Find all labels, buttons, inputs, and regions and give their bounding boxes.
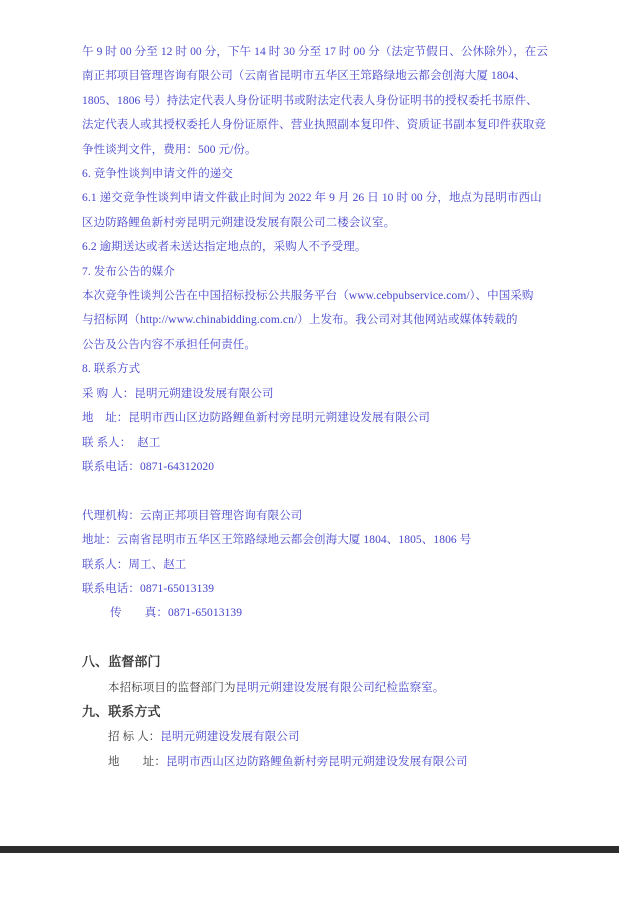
blank-line — [82, 626, 554, 650]
document-line: 争性谈判文件，费用：500 元/份。 — [82, 138, 554, 162]
document-line: 传 真：0871-65013139 — [82, 601, 554, 625]
page-separator-bar — [0, 846, 619, 853]
text-segment: 联系电话：0871-64312020 — [82, 461, 214, 473]
text-segment: 本招标项目的监督部门为 — [108, 682, 236, 694]
document-line: 公告及公告内容不承担任何责任。 — [82, 333, 554, 357]
document-line: 代理机构：云南正邦项目管理咨询有限公司 — [82, 504, 554, 528]
text-segment: 地 址：昆明市西山区边防路鲤鱼新村旁昆明元朔建设发展有限公司 — [82, 412, 430, 424]
document-line: 地 址：昆明市西山区边防路鲤鱼新村旁昆明元朔建设发展有限公司 — [82, 750, 554, 774]
text-segment: 公告及公告内容不承担任何责任。 — [82, 339, 256, 351]
document-line: 本次竞争性谈判公告在中国招标投标公共服务平台（www.cebpubservice… — [82, 284, 554, 308]
text-segment: 1805、1806 号）持法定代表人身份证明书或附法定代表人身份证明书的授权委托… — [82, 95, 538, 107]
document-line: 6. 竞争性谈判申请文件的递交 — [82, 162, 554, 186]
document-page: 午 9 时 00 分至 12 时 00 分，下午 14 时 30 分至 17 时… — [0, 0, 619, 902]
document-line: 区边防路鲤鱼新村旁昆明元朔建设发展有限公司二楼会议室。 — [82, 211, 554, 235]
text-segment: 6.2 逾期送达或者未送达指定地点的，采购人不予受理。 — [82, 241, 366, 253]
document-line: 地 址：昆明市西山区边防路鲤鱼新村旁昆明元朔建设发展有限公司 — [82, 406, 554, 430]
text-segment: 地 址： — [108, 756, 166, 768]
text-segment: 与招标网（http://www.chinabidding.com.cn/）上发布… — [82, 314, 518, 326]
text-segment: 九、联系方式 — [82, 704, 161, 719]
document-line: 联系人：周工、赵工 — [82, 553, 554, 577]
document-line: 1805、1806 号）持法定代表人身份证明书或附法定代表人身份证明书的授权委托… — [82, 89, 554, 113]
text-segment: 联系电话：0871-65013139 — [82, 583, 214, 595]
text-segment: 昆明元朔建设发展有限公司纪检监察室。 — [236, 682, 445, 694]
document-line: 地址：云南省昆明市五华区王筇路绿地云都会创海大厦 1804、1805、1806 … — [82, 528, 554, 552]
document-body: 午 9 时 00 分至 12 时 00 分，下午 14 时 30 分至 17 时… — [82, 40, 554, 774]
document-line: 8. 联系方式 — [82, 357, 554, 381]
text-segment: 采 购 人：昆明元朔建设发展有限公司 — [82, 388, 274, 400]
blank-line — [82, 479, 554, 503]
document-line: 联 系人： 赵工 — [82, 431, 554, 455]
text-segment: 联系人：周工、赵工 — [82, 559, 186, 571]
document-line: 午 9 时 00 分至 12 时 00 分，下午 14 时 30 分至 17 时… — [82, 40, 554, 64]
text-segment: 8. 联系方式 — [82, 363, 140, 375]
text-segment: 联 系人： 赵工 — [82, 437, 160, 449]
text-segment: 区边防路鲤鱼新村旁昆明元朔建设发展有限公司二楼会议室。 — [82, 217, 395, 229]
document-line: 本招标项目的监督部门为昆明元朔建设发展有限公司纪检监察室。 — [82, 676, 554, 700]
document-line: 6.1 递交竞争性谈判申请文件截止时间为 2022 年 9 月 26 日 10 … — [82, 186, 554, 210]
document-line: 采 购 人：昆明元朔建设发展有限公司 — [82, 382, 554, 406]
document-line: 7. 发布公告的媒介 — [82, 260, 554, 284]
text-segment: 招 标 人： — [108, 731, 160, 743]
text-segment: 本次竞争性谈判公告在中国招标投标公共服务平台（www.cebpubservice… — [82, 290, 534, 302]
document-line: 九、联系方式 — [82, 700, 554, 725]
text-segment: 代理机构：云南正邦项目管理咨询有限公司 — [82, 510, 302, 522]
text-segment: 6.1 递交竞争性谈判申请文件截止时间为 2022 年 9 月 26 日 10 … — [82, 192, 542, 204]
text-segment: 争性谈判文件，费用：500 元/份。 — [82, 144, 257, 156]
text-segment: 昆明市西山区边防路鲤鱼新村旁昆明元朔建设发展有限公司 — [166, 756, 468, 768]
document-line: 八、监督部门 — [82, 650, 554, 675]
text-segment: 传 真：0871-65013139 — [110, 607, 242, 619]
document-line: 联系电话：0871-65013139 — [82, 577, 554, 601]
document-line: 6.2 逾期送达或者未送达指定地点的，采购人不予受理。 — [82, 235, 554, 259]
text-segment: 南正邦项目管理咨询有限公司（云南省昆明市五华区王筇路绿地云都会创海大厦 1804… — [82, 70, 526, 82]
text-segment: 法定代表人或其授权委托人身份证原件、营业执照副本复印件、资质证书副本复印件获取竞 — [82, 119, 546, 131]
document-line: 法定代表人或其授权委托人身份证原件、营业执照副本复印件、资质证书副本复印件获取竞 — [82, 113, 554, 137]
text-segment: 昆明元朔建设发展有限公司 — [160, 731, 299, 743]
text-segment: 地址：云南省昆明市五华区王筇路绿地云都会创海大厦 1804、1805、1806 … — [82, 534, 471, 546]
document-line: 招 标 人：昆明元朔建设发展有限公司 — [82, 725, 554, 749]
document-line: 与招标网（http://www.chinabidding.com.cn/）上发布… — [82, 308, 554, 332]
text-segment: 7. 发布公告的媒介 — [82, 266, 175, 278]
document-line: 南正邦项目管理咨询有限公司（云南省昆明市五华区王筇路绿地云都会创海大厦 1804… — [82, 64, 554, 88]
text-segment: 午 9 时 00 分至 12 时 00 分，下午 14 时 30 分至 17 时… — [82, 46, 548, 58]
document-line: 联系电话：0871-64312020 — [82, 455, 554, 479]
text-segment: 八、监督部门 — [82, 654, 161, 669]
text-segment: 6. 竞争性谈判申请文件的递交 — [82, 168, 233, 180]
